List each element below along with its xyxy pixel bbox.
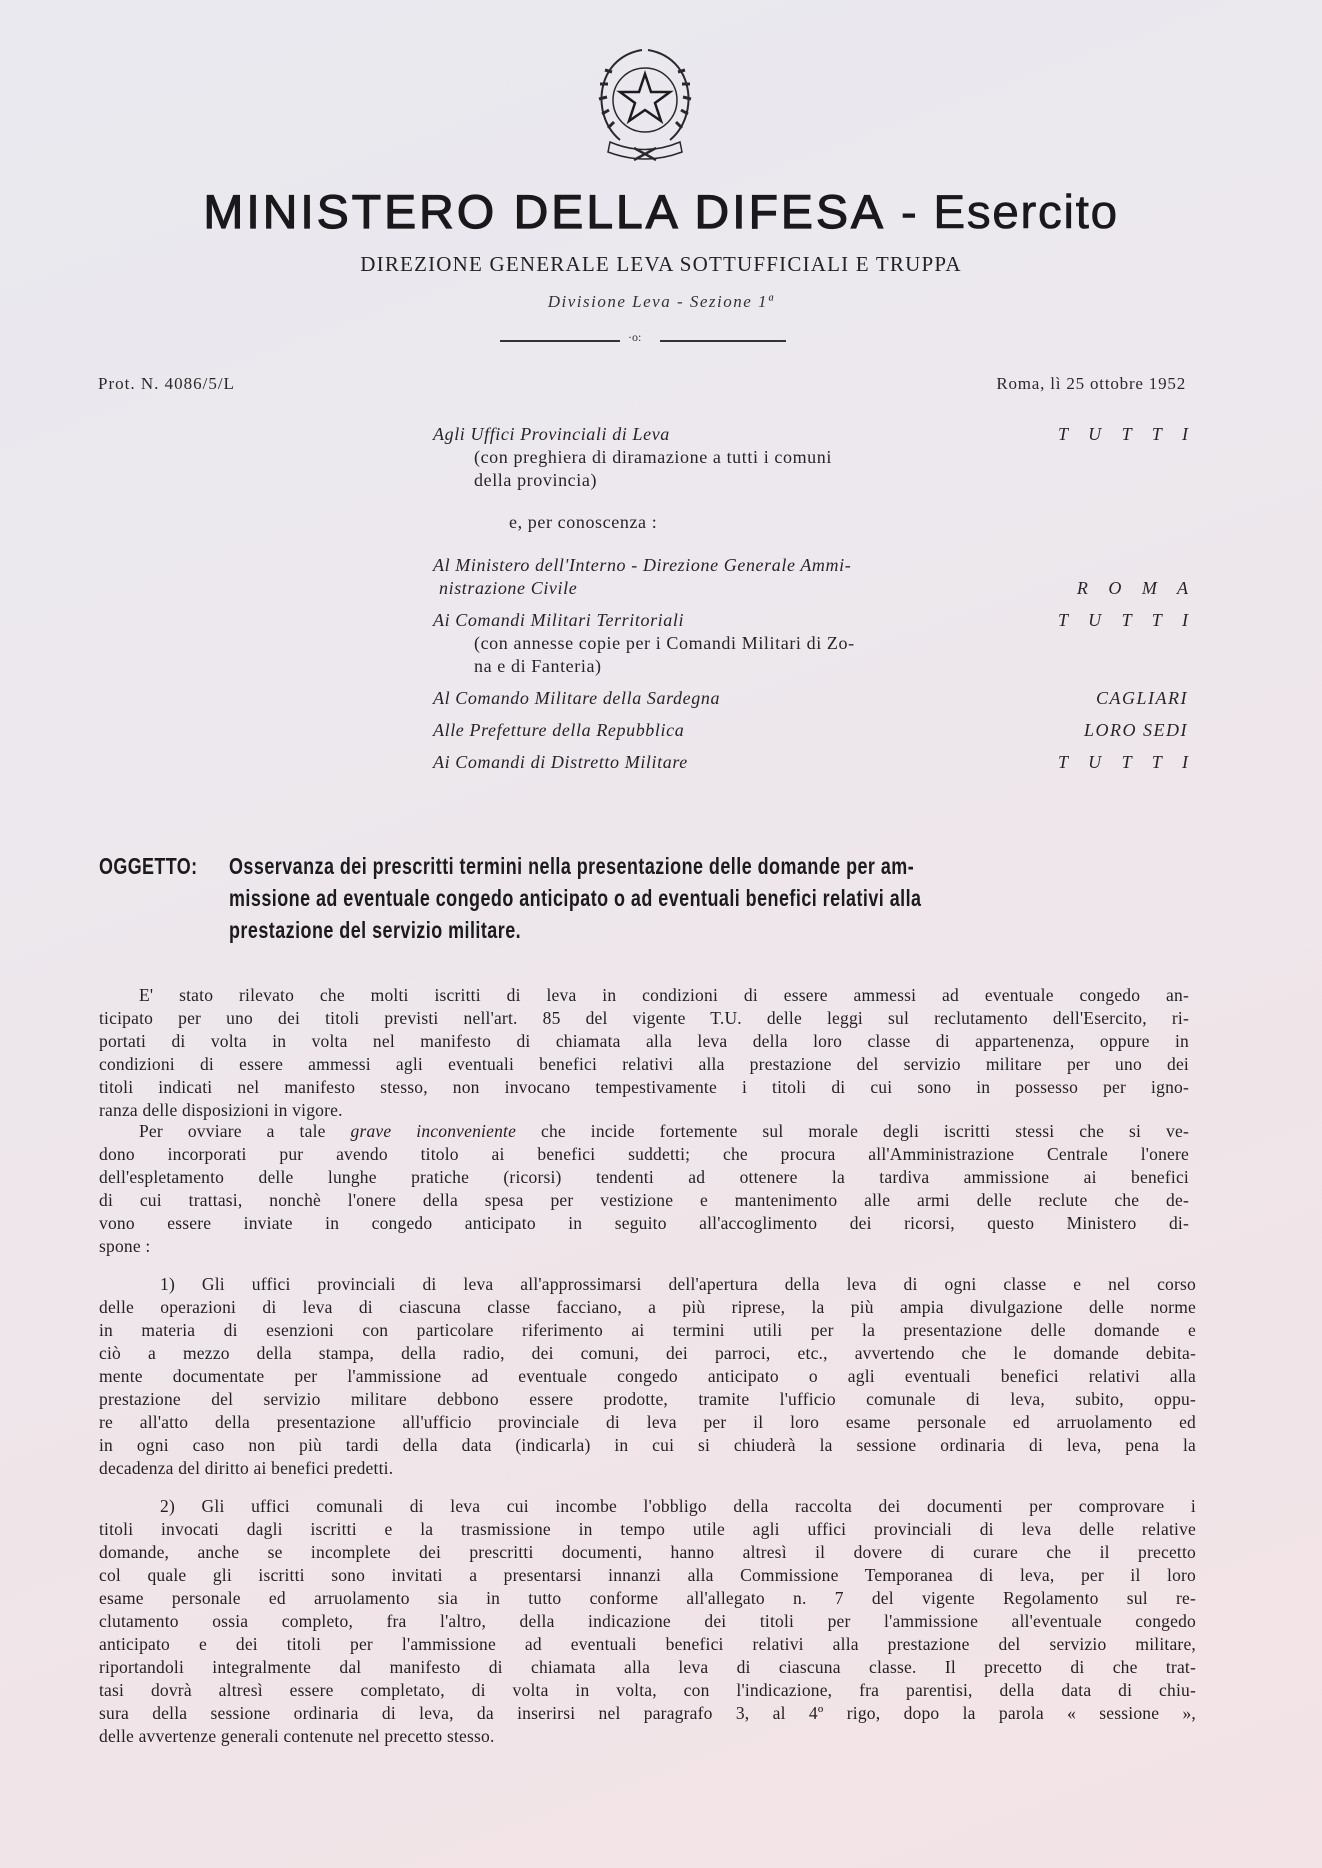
ministry-title: MINISTERO DELLA DIFESA - Esercito [0, 184, 1322, 239]
recipient-name: nistrazione Civile [439, 578, 577, 599]
body-line: delle operazioni di leva di ciascuna cla… [99, 1297, 1196, 1318]
body-line: titoli invocati dagli iscritti e la tras… [99, 1519, 1196, 1540]
body-line: col quale gli iscritti sono invitati a p… [99, 1565, 1196, 1586]
body-line: mente documentate per l'ammissione ad ev… [99, 1366, 1196, 1387]
body-line: portati di volta in volta nel manifesto … [99, 1031, 1189, 1052]
body-line: decadenza del diritto ai benefici predet… [99, 1458, 393, 1479]
emphasis-text: grave inconveniente [351, 1121, 517, 1141]
body-line: anticipato e dei titoli per l'ammissione… [99, 1634, 1196, 1655]
recipient-note: (con annesse copie per i Comandi Militar… [474, 633, 855, 654]
recipient-name: Al Ministero dell'Interno - Direzione Ge… [433, 555, 851, 576]
recipient-note: na e di Fanteria) [474, 656, 602, 677]
division-name: Divisione Leva - Sezione 1ª [0, 292, 1322, 312]
body-line: tasi dovrà altresì essere completato, di… [99, 1680, 1196, 1701]
subject-line: prestazione del servizio militare. [229, 917, 521, 944]
recipient-note: della provincia) [474, 470, 597, 491]
recipient-note: (con preghiera di diramazione a tutti i … [474, 447, 832, 468]
body-line: esame personale ed arruolamento sia in t… [99, 1588, 1196, 1609]
body-line: vono essere inviate in congedo anticipat… [99, 1213, 1189, 1234]
recipient-destination: LORO SEDI [1084, 720, 1188, 741]
body-line: condizioni di essere ammessi agli eventu… [99, 1054, 1189, 1075]
body-line: prestazione del servizio militare debbon… [99, 1389, 1196, 1410]
recipient-name: Ai Comandi Militari Territoriali [433, 610, 684, 631]
recipient-destination: T U T T I [1058, 752, 1196, 773]
body-line: riportandoli integralmente dal manifesto… [99, 1657, 1196, 1678]
body-line: dono incorporati pur avendo titolo ai be… [99, 1144, 1189, 1165]
protocol-number: Prot. N. 4086/5/L [98, 374, 235, 394]
body-line: sura della sessione ordinaria di leva, d… [99, 1703, 1196, 1724]
body-line: ranza delle disposizioni in vigore. [99, 1100, 343, 1121]
ministry-name: MINISTERO DELLA DIFESA [203, 185, 886, 238]
body-line: ticipato per uno dei titoli previsti nel… [99, 1008, 1189, 1029]
subject-line: Osservanza dei prescritti termini nella … [229, 853, 1208, 880]
body-line: di cui trattasi, nonchè l'onere della sp… [99, 1190, 1189, 1211]
body-line: domande, anche se incomplete dei prescri… [99, 1542, 1196, 1563]
body-line: ciò a mezzo della stampa, della radio, d… [99, 1343, 1196, 1364]
body-line: E' stato rilevato che molti iscritti di … [139, 985, 1189, 1006]
body-line: in ogni caso non più tardi della data (i… [99, 1435, 1196, 1456]
body-line: in materia di esenzioni con particolare … [99, 1320, 1196, 1341]
recipient-destination: T U T T I [1058, 424, 1196, 445]
recipient-destination: CAGLIARI [1096, 688, 1188, 709]
recipient-destination: T U T T I [1058, 610, 1196, 631]
body-line: re all'atto della presentazione all'uffi… [99, 1412, 1196, 1433]
italian-republic-emblem-icon [590, 42, 700, 167]
recipient-destination: R O M A [1077, 578, 1196, 599]
body-line: titoli indicati nel manifesto stesso, no… [99, 1077, 1189, 1098]
body-line: clutamento ossia completo, fra l'altro, … [99, 1611, 1196, 1632]
subject-line: missione ad eventuale congedo anticipato… [229, 885, 1208, 912]
ministry-branch: - Esercito [901, 185, 1119, 238]
body-line: 2) Gli uffici comunali di leva cui incom… [160, 1496, 1196, 1517]
recipient-name: Agli Uffici Provinciali di Leva [433, 424, 670, 445]
document-date: Roma, lì 25 ottobre 1952 [996, 374, 1186, 394]
recipient-name: Al Comando Militare della Sardegna [433, 688, 720, 709]
cc-label: e, per conoscenza : [509, 512, 657, 533]
body-line: spone : [99, 1236, 150, 1257]
recipient-name: Ai Comandi di Distretto Militare [433, 752, 688, 773]
body-line: delle avvertenze generali contenute nel … [99, 1726, 495, 1747]
body-line: Per ovviare a tale grave inconveniente c… [139, 1121, 1189, 1142]
directorate-name: DIREZIONE GENERALE LEVA SOTTUFFICIALI E … [0, 252, 1322, 277]
subject-label: OGGETTO: [99, 853, 197, 880]
body-line: dell'espletamento delle lunghe pratiche … [99, 1167, 1189, 1188]
header-divider: ·o: [500, 338, 786, 344]
recipient-name: Alle Prefetture della Repubblica [433, 720, 684, 741]
body-line: 1) Gli uffici provinciali di leva all'ap… [160, 1274, 1196, 1295]
